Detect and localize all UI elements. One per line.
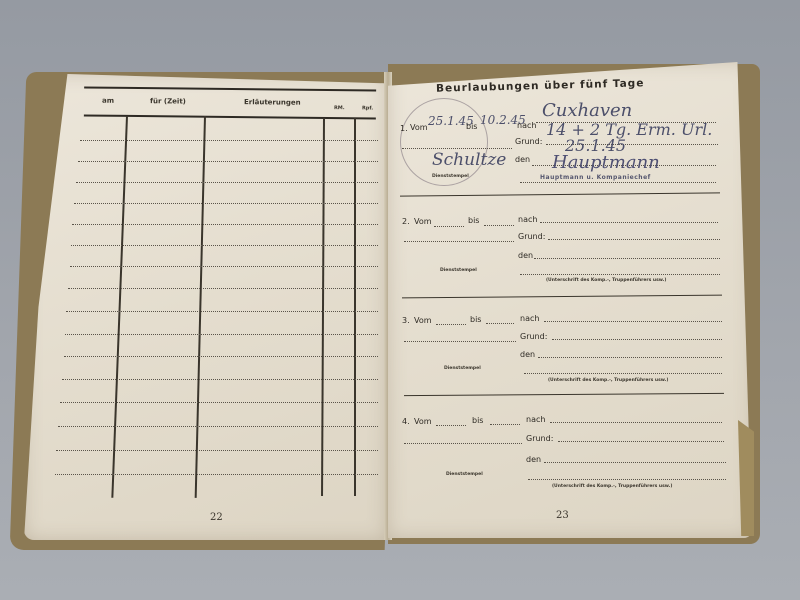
nach-field[interactable] xyxy=(544,321,722,322)
bis-label: bis xyxy=(468,216,479,225)
column-divider xyxy=(354,118,356,496)
column-header-erlaeuterungen: Erläuterungen xyxy=(244,98,301,107)
table-row xyxy=(64,356,378,357)
column-header-fuer-zeit: für (Zeit) xyxy=(150,97,186,105)
bis-label: bis xyxy=(472,416,483,425)
grund-field[interactable] xyxy=(552,339,722,340)
signature-caption: (Unterschrift des Komp.-, Truppenführers… xyxy=(548,378,668,383)
bis-label: bis xyxy=(466,122,477,131)
nach-value: Cuxhaven xyxy=(542,100,632,121)
ledger-table-header: am für (Zeit) Erläuterungen RM. Rpf. xyxy=(84,86,376,119)
signature-rank-stamp: Hauptmann u. Kompaniechef xyxy=(540,174,651,181)
nach-field[interactable] xyxy=(540,222,718,223)
table-row xyxy=(70,266,378,267)
table-row xyxy=(74,203,378,204)
page-left xyxy=(24,74,386,540)
table-row xyxy=(76,182,378,183)
table-row xyxy=(55,474,378,475)
table-row xyxy=(80,140,378,141)
entry-number: 4. xyxy=(402,417,410,426)
grund-label: Grund: xyxy=(515,137,542,146)
nach-label: nach xyxy=(518,215,537,224)
bis-field[interactable] xyxy=(486,323,514,324)
grund-label: Grund: xyxy=(526,434,553,443)
table-row xyxy=(60,402,378,403)
bis-field[interactable] xyxy=(490,424,520,425)
den-label: den xyxy=(526,455,541,464)
table-row xyxy=(71,245,378,246)
entry-number: 2. xyxy=(402,217,410,226)
den-label: den xyxy=(518,251,533,260)
entry-number: 1. xyxy=(400,124,408,133)
stamp-label: Dienststempel xyxy=(440,268,477,273)
nach-label: nach xyxy=(517,121,536,130)
signature-field[interactable] xyxy=(520,274,720,275)
stamp-label: Dienststempel xyxy=(446,472,483,477)
table-row xyxy=(56,450,378,451)
grund-line-left xyxy=(404,341,516,342)
stamp-signature: Schultze xyxy=(432,150,506,170)
entry-number: 3. xyxy=(402,316,410,325)
den-label: den xyxy=(520,350,535,359)
vom-label: Vom xyxy=(410,123,428,132)
vom-label: Vom xyxy=(414,316,432,325)
stamp-label: Dienststempel xyxy=(432,174,469,179)
official-stamp xyxy=(400,98,488,186)
open-booklet: am für (Zeit) Erläuterungen RM. Rpf. 22 … xyxy=(0,0,800,600)
table-row xyxy=(78,161,378,162)
signature-field[interactable] xyxy=(524,373,722,374)
grund-line-left xyxy=(404,241,514,242)
vom-label: Vom xyxy=(414,217,432,226)
nach-label: nach xyxy=(520,314,539,323)
page-number-right: 23 xyxy=(556,510,569,521)
column-header-rpf: Rpf. xyxy=(362,105,373,111)
den-field[interactable] xyxy=(538,357,722,358)
vom-field[interactable] xyxy=(436,425,466,426)
grund-field[interactable] xyxy=(558,441,724,442)
table-row xyxy=(65,334,378,335)
table-row xyxy=(58,426,378,427)
bis-field[interactable] xyxy=(484,225,514,226)
vom-field[interactable] xyxy=(434,226,464,227)
nach-label: nach xyxy=(526,415,545,424)
grund-line-left xyxy=(402,148,512,149)
den-field[interactable] xyxy=(544,462,726,463)
column-header-rm: RM. xyxy=(334,105,345,111)
den-field[interactable] xyxy=(534,258,720,259)
grund-label: Grund: xyxy=(520,332,547,341)
nach-field[interactable] xyxy=(550,422,722,423)
table-row xyxy=(66,311,378,312)
stamp-label: Dienststempel xyxy=(444,366,481,371)
grund-line-left xyxy=(404,443,522,444)
table-row xyxy=(72,224,378,225)
signature-field[interactable] xyxy=(528,479,726,480)
vom-label: Vom xyxy=(414,417,432,426)
grund-field[interactable] xyxy=(548,239,720,240)
signature-caption: (Unterschrift des Komp.-, Truppenführers… xyxy=(552,484,672,489)
table-row xyxy=(62,379,378,380)
table-row xyxy=(68,288,378,289)
page-number-left: 22 xyxy=(210,512,223,523)
column-header-am: am xyxy=(102,97,114,105)
grund-label: Grund: xyxy=(518,232,545,241)
den-label: den xyxy=(515,155,530,164)
signature-caption: (Unterschrift des Komp.-, Truppenführers… xyxy=(546,278,666,283)
bis-label: bis xyxy=(470,315,481,324)
commander-signature: Hauptmann xyxy=(552,152,660,173)
signature-line xyxy=(520,182,716,183)
vom-field[interactable] xyxy=(436,324,466,325)
